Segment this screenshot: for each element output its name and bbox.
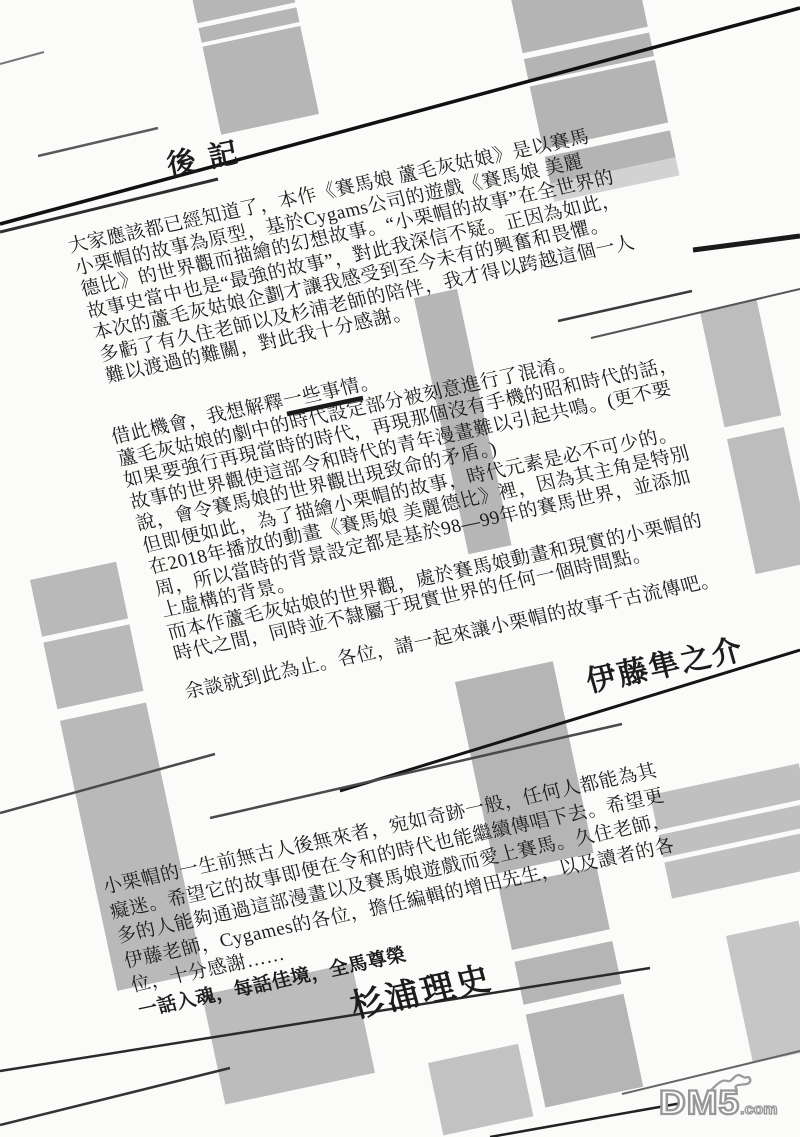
gray-block bbox=[190, 0, 319, 135]
manga-afterword-page: 後記 大家應該都已經知道了，本作《賽馬娘 蘆毛灰姑娘》是以賽馬 小栗帽的故事為原… bbox=[0, 0, 800, 1137]
watermark-tld: .com bbox=[740, 1102, 777, 1118]
gray-block bbox=[428, 1044, 533, 1136]
decor-line bbox=[693, 236, 800, 250]
dm5-doodle-icon bbox=[709, 1072, 753, 1094]
watermark-dm5: DM5.com bbox=[659, 1082, 777, 1124]
decor-line bbox=[558, 291, 692, 321]
decor-line bbox=[0, 52, 44, 64]
signature-ito-junnosuke: 伊藤隼之介 bbox=[580, 625, 749, 701]
decor-line bbox=[0, 1068, 230, 1125]
page-title: 後記 bbox=[163, 128, 253, 184]
gray-block bbox=[726, 921, 800, 1064]
decor-line bbox=[38, 128, 158, 156]
